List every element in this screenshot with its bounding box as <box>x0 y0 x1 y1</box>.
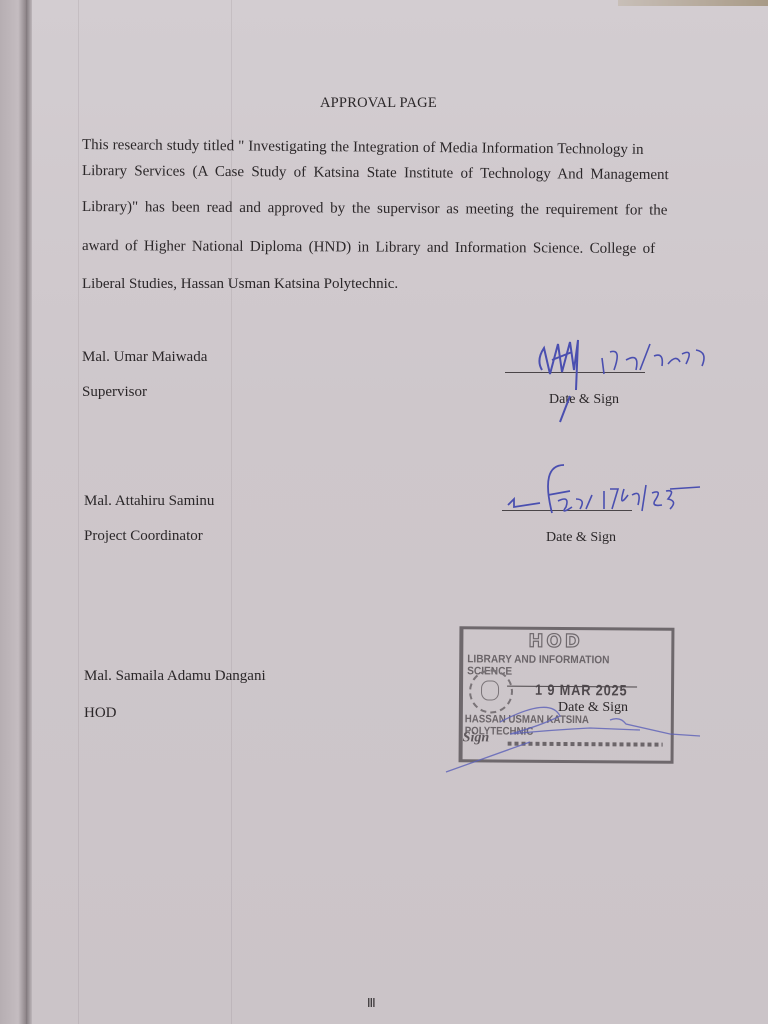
supervisor-role: Supervisor <box>82 385 147 400</box>
book-spine-edge <box>0 0 26 1024</box>
show-through-line <box>78 0 79 1024</box>
hod-name: Mal. Samaila Adamu Dangani <box>84 669 266 684</box>
paragraph-line: Library)" has been read and approved by … <box>82 199 668 220</box>
supervisor-signature <box>530 330 760 430</box>
paragraph-line: award of Higher National Diploma (HND) i… <box>82 238 655 258</box>
background-strip <box>618 0 768 6</box>
paragraph-line: Liberal Studies, Hassan Usman Katsina Po… <box>82 276 398 293</box>
coordinator-role: Project Coordinator <box>84 529 203 544</box>
page-title: APPROVAL PAGE <box>320 96 437 111</box>
hod-role: HOD <box>84 706 117 721</box>
hod-signature <box>440 690 720 780</box>
coordinator-name: Mal. Attahiru Saminu <box>84 494 214 509</box>
stamp-heading: HOD <box>528 631 582 652</box>
supervisor-name: Mal. Umar Maiwada <box>82 350 207 365</box>
page-number: III <box>367 996 375 1010</box>
coordinator-signature <box>500 455 720 555</box>
